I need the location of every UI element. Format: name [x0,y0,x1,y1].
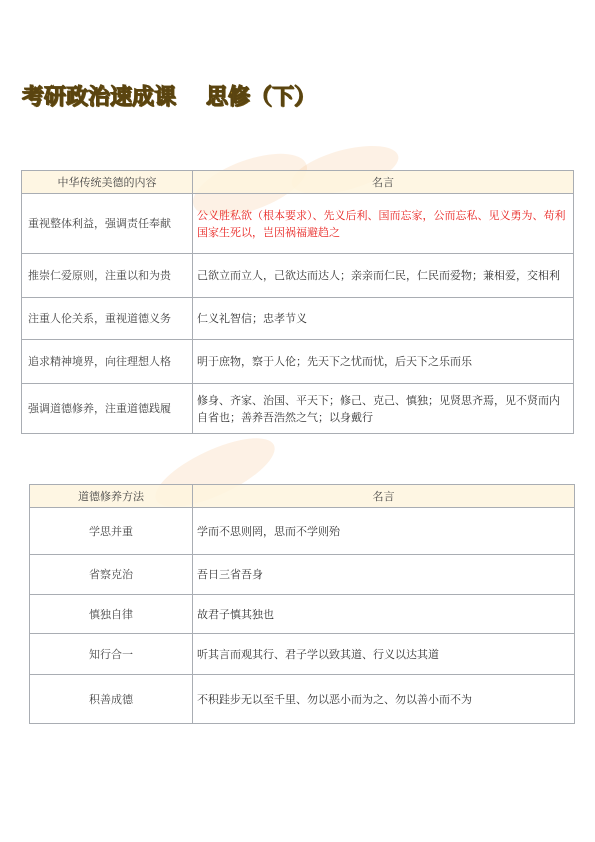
virtue-content-cell: 强调道德修养，注重道德践履 [22,384,193,434]
method-cell: 慎独自律 [30,595,193,634]
column-header-quote: 名言 [193,171,574,194]
virtue-content-cell: 注重人伦关系，重视道德义务 [22,298,193,340]
quote-cell: 故君子慎其独也 [193,595,575,634]
method-cell: 知行合一 [30,634,193,675]
table-row: 学思并重 学而不思则罔，思而不学则殆 [30,508,575,555]
column-header-method: 道德修养方法 [30,485,193,508]
quote-cell: 吾日三省吾身 [193,555,575,595]
virtue-content-cell: 追求精神境界，向往理想人格 [22,340,193,384]
traditional-virtues-table: 中华传统美德的内容 名言 重视整体利益，强调责任奉献 公义胜私欲（根本要求）、先… [21,170,574,434]
table-row: 强调道德修养，注重道德践履 修身、齐家、治国、平天下；修己、克己、慎独；见贤思齐… [22,384,574,434]
table-row: 注重人伦关系，重视道德义务 仁义礼智信；忠孝节义 [22,298,574,340]
quote-cell-highlighted: 公义胜私欲（根本要求）、先义后利、国而忘家，公而忘私、见义勇为、苟利国家生死以，… [193,194,574,254]
table-row: 推崇仁爱原则，注重以和为贵 己欲立而立人，己欲达而达人；亲亲而仁民，仁民而爱物；… [22,254,574,298]
quote-cell: 修身、齐家、治国、平天下；修己、克己、慎独；见贤思齐焉，见不贤而内自省也；善养吾… [193,384,574,434]
table-row: 省察克治 吾日三省吾身 [30,555,575,595]
quote-cell: 明于庶物，察于人伦；先天下之忧而忧，后天下之乐而乐 [193,340,574,384]
column-header-content: 中华传统美德的内容 [22,171,193,194]
title-sub: 思修（下） [206,80,316,111]
method-cell: 积善成德 [30,675,193,724]
title-main: 考研政治速成课 [22,80,176,111]
quote-cell: 不积跬步无以至千里、勿以恶小而为之、勿以善小而不为 [193,675,575,724]
page-title: 考研政治速成课 思修（下） [22,80,316,110]
moral-cultivation-table: 道德修养方法 名言 学思并重 学而不思则罔，思而不学则殆 省察克治 吾日三省吾身… [29,484,575,724]
column-header-quote: 名言 [193,485,575,508]
quote-cell: 听其言而观其行、君子学以致其道、行义以达其道 [193,634,575,675]
virtue-content-cell: 推崇仁爱原则，注重以和为贵 [22,254,193,298]
quote-cell: 学而不思则罔，思而不学则殆 [193,508,575,555]
table-row: 慎独自律 故君子慎其独也 [30,595,575,634]
quote-cell: 己欲立而立人，己欲达而达人；亲亲而仁民，仁民而爱物；兼相爱，交相利 [193,254,574,298]
table-header-row: 中华传统美德的内容 名言 [22,171,574,194]
method-cell: 省察克治 [30,555,193,595]
quote-cell: 仁义礼智信；忠孝节义 [193,298,574,340]
table-header-row: 道德修养方法 名言 [30,485,575,508]
table-row: 积善成德 不积跬步无以至千里、勿以恶小而为之、勿以善小而不为 [30,675,575,724]
table-row: 重视整体利益，强调责任奉献 公义胜私欲（根本要求）、先义后利、国而忘家，公而忘私… [22,194,574,254]
method-cell: 学思并重 [30,508,193,555]
virtue-content-cell: 重视整体利益，强调责任奉献 [22,194,193,254]
table-row: 追求精神境界，向往理想人格 明于庶物，察于人伦；先天下之忧而忧，后天下之乐而乐 [22,340,574,384]
table-row: 知行合一 听其言而观其行、君子学以致其道、行义以达其道 [30,634,575,675]
